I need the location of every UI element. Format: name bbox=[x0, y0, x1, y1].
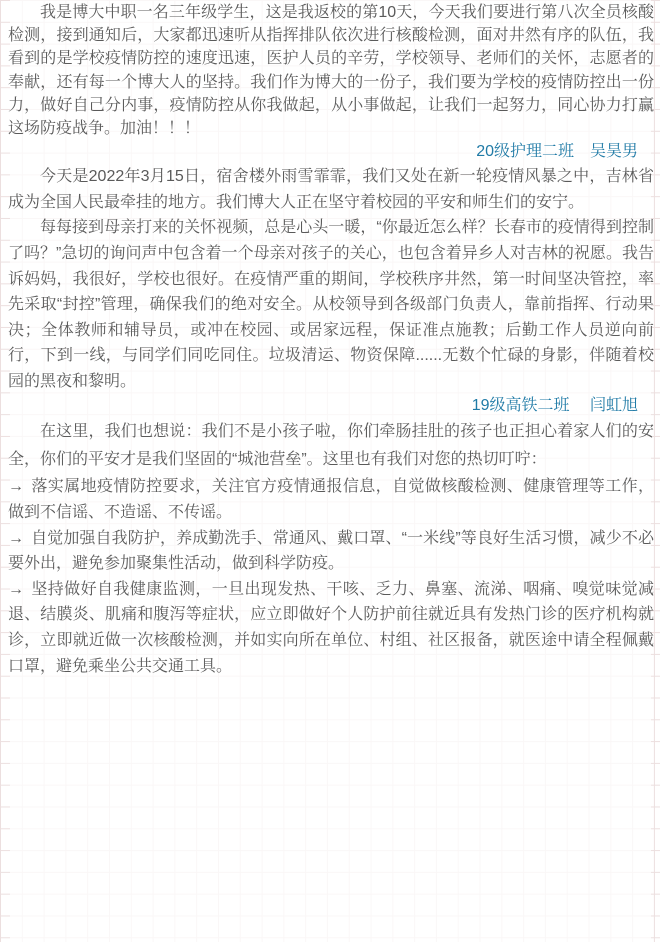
tip-text: 落实属地疫情防控要求，关注官方疫情通报信息，自觉做核酸检测、健康管理等工作，做到… bbox=[8, 478, 654, 521]
paragraph-student-testimony-1: 我是博大中职一名三年级学生，这是我返校的第10天，今天我们要进行第八次全员核酸检… bbox=[8, 1, 654, 140]
arrow-right-icon: → bbox=[8, 530, 24, 547]
tip-text: 坚持做好自我健康监测，一旦出现发热、干咳、乏力、鼻塞、流涕、咽痛、嗅觉味觉减退、… bbox=[8, 581, 654, 675]
tip-item-self-protection: →自觉加强自我防护，养成勤洗手、常通风、戴口罩、“一米线”等良好生活习惯，减少不… bbox=[8, 526, 654, 577]
arrow-right-icon: → bbox=[8, 581, 24, 598]
signature-nursing-class: 20级护理二班 吴昊男 bbox=[8, 140, 654, 164]
paragraph-student-testimony-2-body: 每每接到母亲打来的关怀视频，总是心头一暖，“你最近怎么样？长春市的疫情得到控制了… bbox=[8, 215, 654, 394]
paragraph-message-to-parents: 在这里，我们也想说：我们不是小孩子啦，你们牵肠挂肚的孩子也正担心着家人们的安全，… bbox=[8, 418, 654, 474]
article-body: 我是博大中职一名三年级学生，这是我返校的第10天，今天我们要进行第八次全员核酸检… bbox=[0, 0, 660, 942]
arrow-right-icon: → bbox=[8, 478, 24, 495]
tip-item-epidemic-policy: →落实属地疫情防控要求，关注官方疫情通报信息，自觉做核酸检测、健康管理等工作，做… bbox=[8, 474, 654, 525]
signature-highspeed-rail-class: 19级高铁二班 闫虹旭 bbox=[8, 394, 654, 418]
tip-text: 自觉加强自我防护，养成勤洗手、常通风、戴口罩、“一米线”等良好生活习惯，减少不必… bbox=[8, 530, 654, 573]
paragraph-student-testimony-2-intro: 今天是2022年3月15日，宿舍楼外雨雪霏霏，我们又处在新一轮疫情风暴之中，吉林… bbox=[8, 164, 654, 215]
tip-item-health-monitoring: →坚持做好自我健康监测，一旦出现发热、干咳、乏力、鼻塞、流涕、咽痛、嗅觉味觉减退… bbox=[8, 577, 654, 679]
